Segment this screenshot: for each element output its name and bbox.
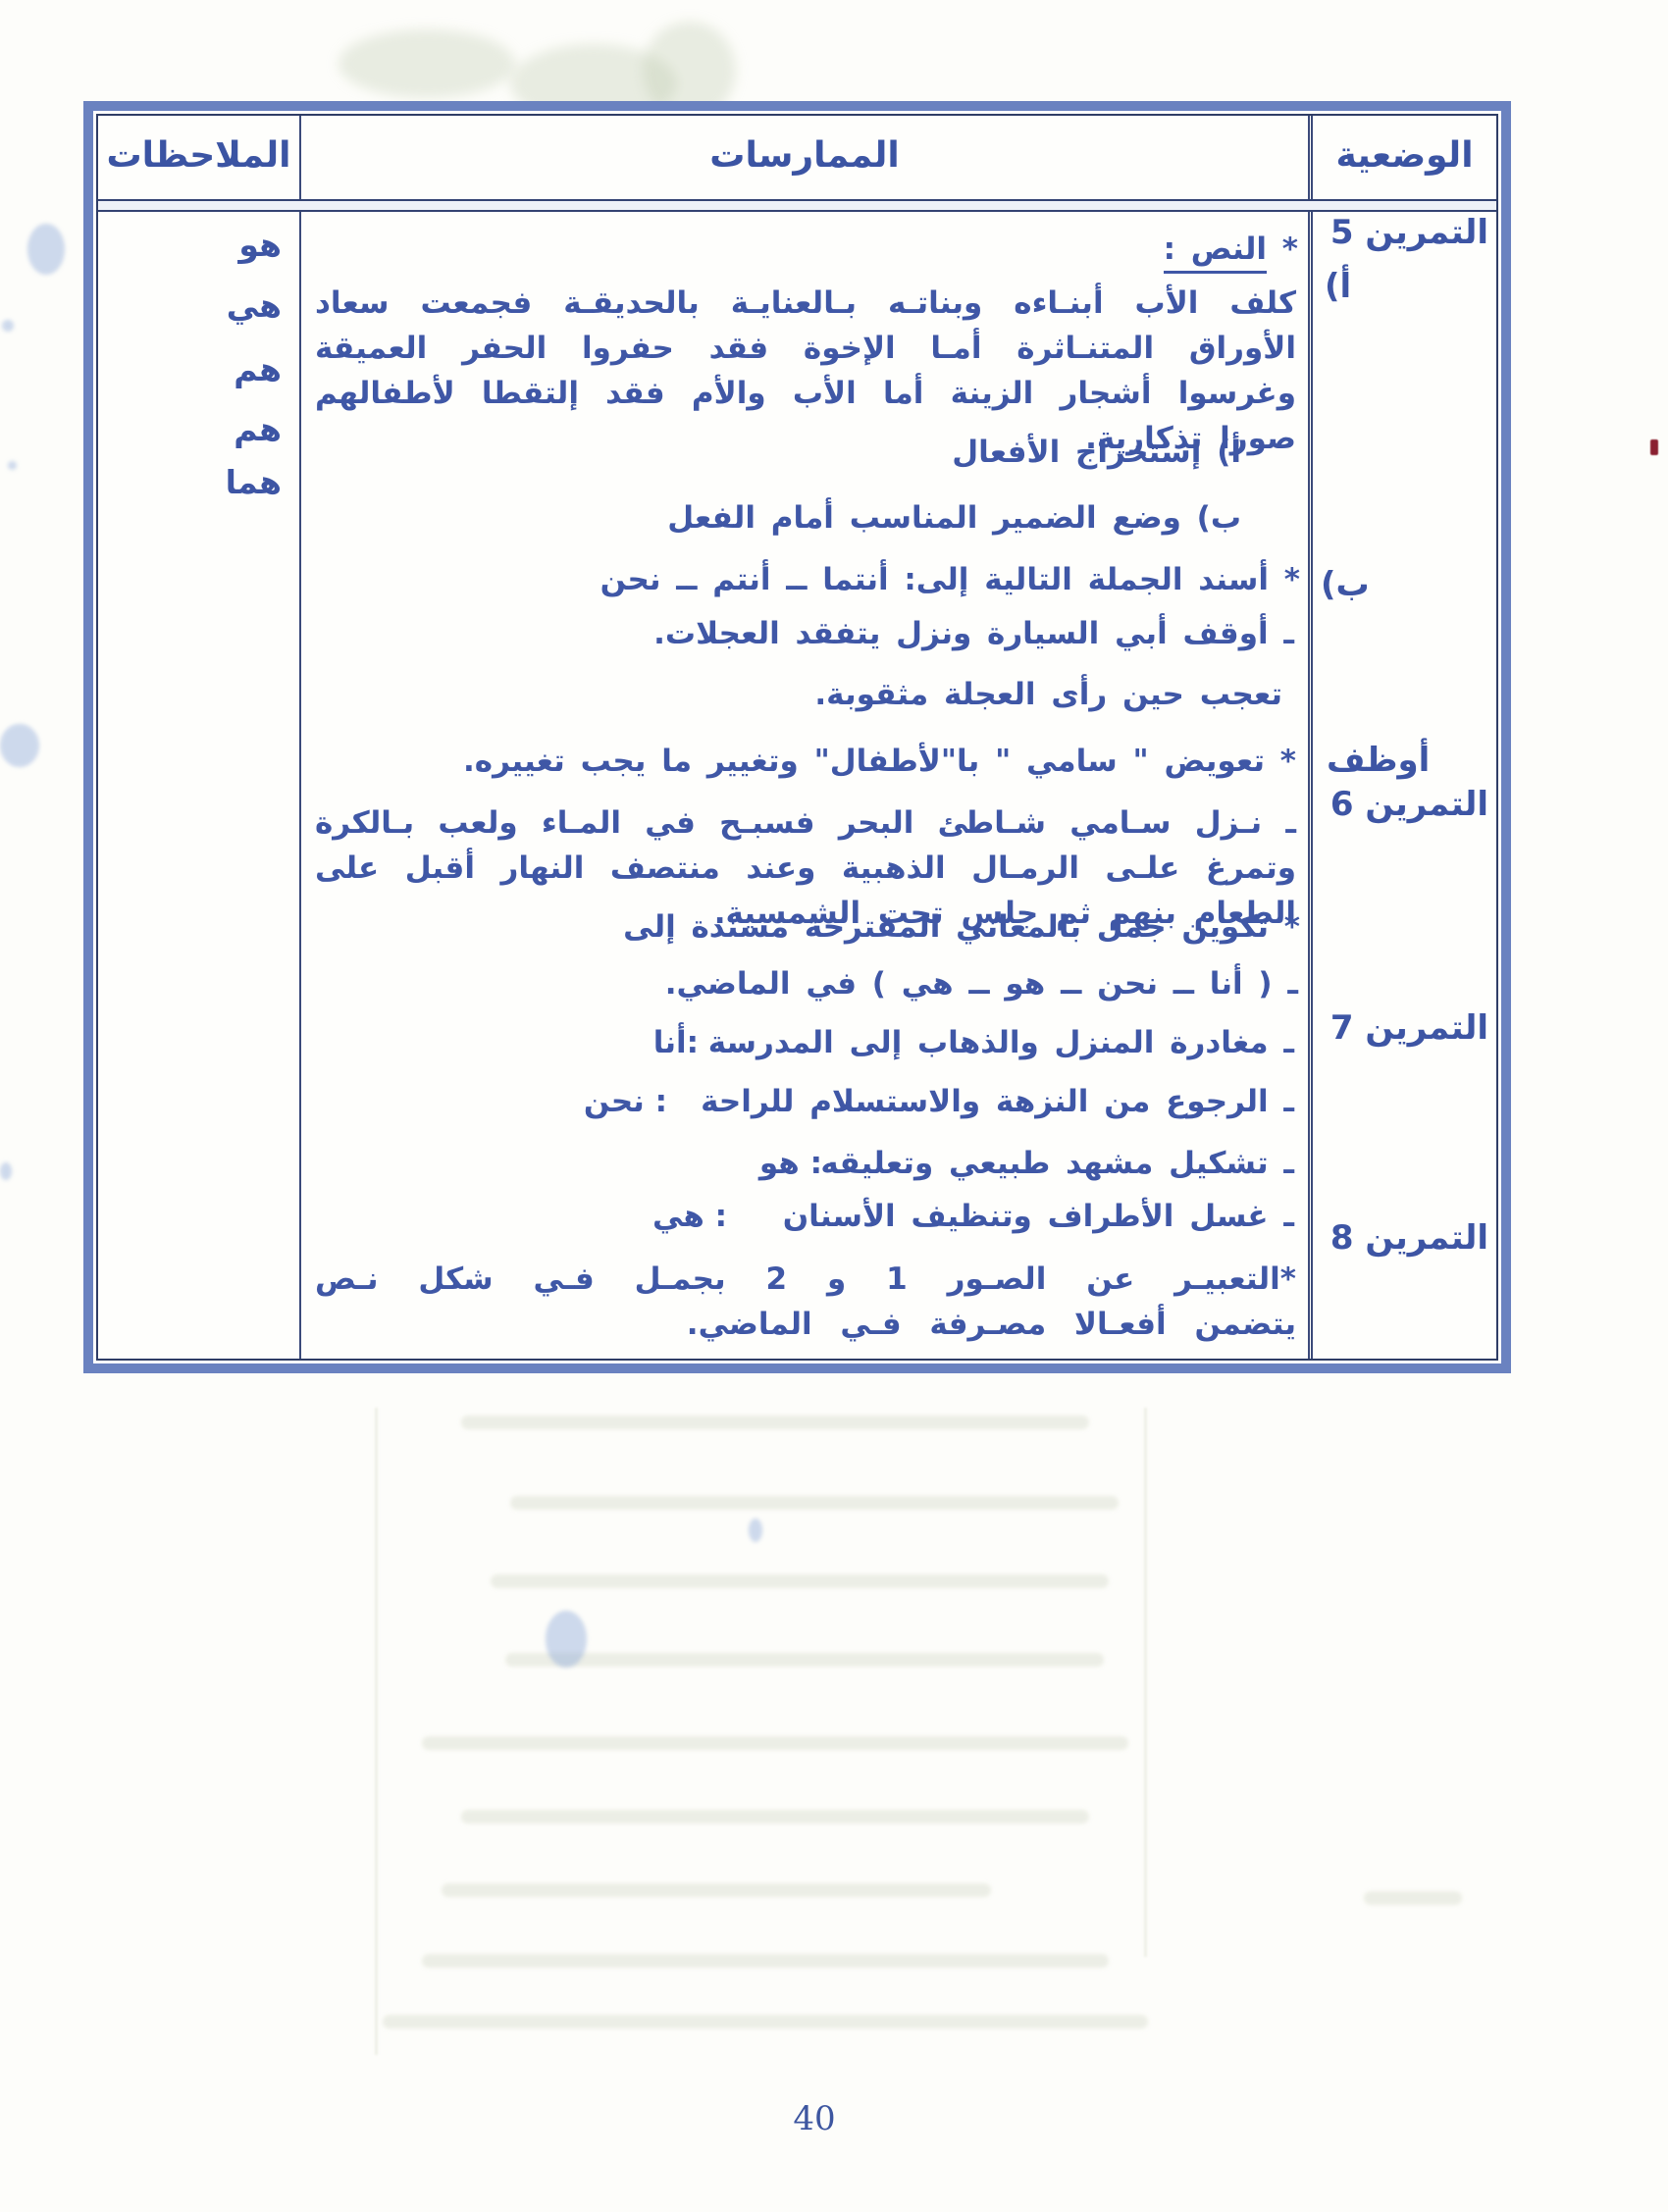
task-pronoun: : هو <box>759 1141 822 1186</box>
practices-column: الممارسات * النص : كلف الأب أبنـاءه وبنا… <box>301 116 1308 1359</box>
pronoun-list-line: ـ ( أنا ــ نحن ــ هو ــ هي ) في الماضي. <box>301 961 1308 1006</box>
scan-ghost-calligraphy <box>339 29 515 98</box>
exercise-label-5: التمرين 5 <box>1330 211 1488 254</box>
compose-instruction: * تكوين جمل بالمعاني المقترحة مسندة إلى <box>301 904 1308 950</box>
exercise-label-6: التمرين 6 <box>1330 783 1488 826</box>
notes-column: الملاحظات هو هي هم هم هما <box>98 116 301 1359</box>
exercise-table: الملاحظات هو هي هم هم هما الممارسات * ال… <box>83 101 1511 1373</box>
task-phrase: ـ تشكيل مشهد طبيعي وتعليقه <box>820 1141 1294 1186</box>
table-inner-border: الملاحظات هو هي هم هم هما الممارسات * ال… <box>96 114 1498 1361</box>
task-phrase: ـ غسل الأطراف وتنظيف الأسنان <box>783 1194 1294 1239</box>
star-marker: * <box>1282 231 1298 267</box>
situation-column: الوضعية التمرين 5 أ) ب) أوظف التمرين 6 ا… <box>1308 116 1496 1359</box>
marker-b: ب) <box>1321 563 1370 606</box>
ink-smudge <box>27 224 65 275</box>
task-pronoun: : هي <box>652 1194 727 1239</box>
scan-ghost-text-line <box>422 1736 1128 1750</box>
scan-ghost-text-line <box>461 1810 1089 1824</box>
scan-ghost-rule <box>375 1408 378 2055</box>
task-row: ـ غسل الأطراف وتنظيف الأسنان : هي <box>301 1194 1308 1241</box>
exercise-label-7: التمرين 7 <box>1330 1006 1488 1050</box>
task-item-b: ب) وضع الضمير المناسب أمام الفعل <box>301 495 1308 540</box>
scan-ghost-text-line <box>422 1954 1109 1968</box>
scan-ghost-text-line <box>505 1653 1104 1667</box>
exercise-label-8: التمرين 8 <box>1330 1216 1488 1260</box>
list-item-pronoun: هما <box>226 461 282 504</box>
text-heading-underlined: النص : <box>1164 231 1267 274</box>
task-row: ـ الرجوع من النزهة والاستسلام للراحة : ن… <box>301 1079 1308 1126</box>
ink-smudge <box>546 1611 587 1668</box>
task-phrase: ـ الرجوع من النزهة والاستسلام للراحة <box>701 1079 1294 1124</box>
task-row: ـ تشكيل مشهد طبيعي وتعليقه : هو <box>301 1141 1308 1188</box>
scan-ghost-text-line <box>461 1415 1089 1429</box>
page-number: 40 <box>775 2099 854 2138</box>
list-item-pronoun: هو <box>238 224 282 267</box>
scan-ghost-text-line <box>510 1496 1119 1510</box>
practices-column-header: الممارسات <box>301 135 1308 176</box>
task-pronoun: :أنا <box>653 1020 699 1065</box>
notes-column-header: الملاحظات <box>98 135 299 176</box>
list-item-pronoun: هي <box>227 284 282 328</box>
ink-smudge <box>8 461 17 470</box>
scan-ghost-text-line <box>442 1883 991 1897</box>
situation-column-header: الوضعية <box>1313 135 1496 176</box>
express-instruction: *التعبيـر عن الصـور 1 و 2 بجمـل فـي شكل … <box>301 1257 1308 1347</box>
scan-ghost-text-line <box>491 1574 1109 1588</box>
ink-smudge <box>749 1518 762 1542</box>
ink-smudge <box>0 1162 12 1180</box>
task-phrase: ـ مغادرة المنزل والذهاب إلى المدرسة <box>708 1020 1294 1065</box>
assign-instruction: * أسند الجملة التالية إلى: أنتما ــ أنتم… <box>301 557 1308 602</box>
task-pronoun: : نحن <box>584 1079 667 1124</box>
example-sentence: تعجب حين رأى العجلة مثقوبة. <box>301 672 1308 717</box>
scanned-page: الملاحظات هو هي هم هم هما الممارسات * ال… <box>0 0 1668 2212</box>
ink-smudge <box>0 724 39 767</box>
scan-ghost-text-line <box>383 2015 1148 2029</box>
scan-ghost-rule <box>1144 1408 1147 1957</box>
task-item-a: أ) إستخراج الأفعال <box>301 430 1308 475</box>
marker-a: أ) <box>1325 265 1351 308</box>
task-row: ـ مغادرة المنزل والذهاب إلى المدرسة :أنا <box>301 1020 1308 1067</box>
scan-ghost-text-line <box>1364 1891 1462 1905</box>
text-heading: * النص : <box>301 227 1308 272</box>
ink-smudge <box>2 320 14 332</box>
list-item-pronoun: هم <box>234 408 282 451</box>
replace-instruction: * تعويض " سامي " با"لأطفال" وتغيير ما يج… <box>301 739 1308 784</box>
use-label: أوظف <box>1327 739 1430 782</box>
header-separator-rule <box>98 199 1496 212</box>
ink-speck <box>1650 439 1658 455</box>
list-item-pronoun: هم <box>234 348 282 391</box>
example-sentence: ـ أوقف أبي السيارة ونزل يتفقد العجلات. <box>301 611 1308 656</box>
